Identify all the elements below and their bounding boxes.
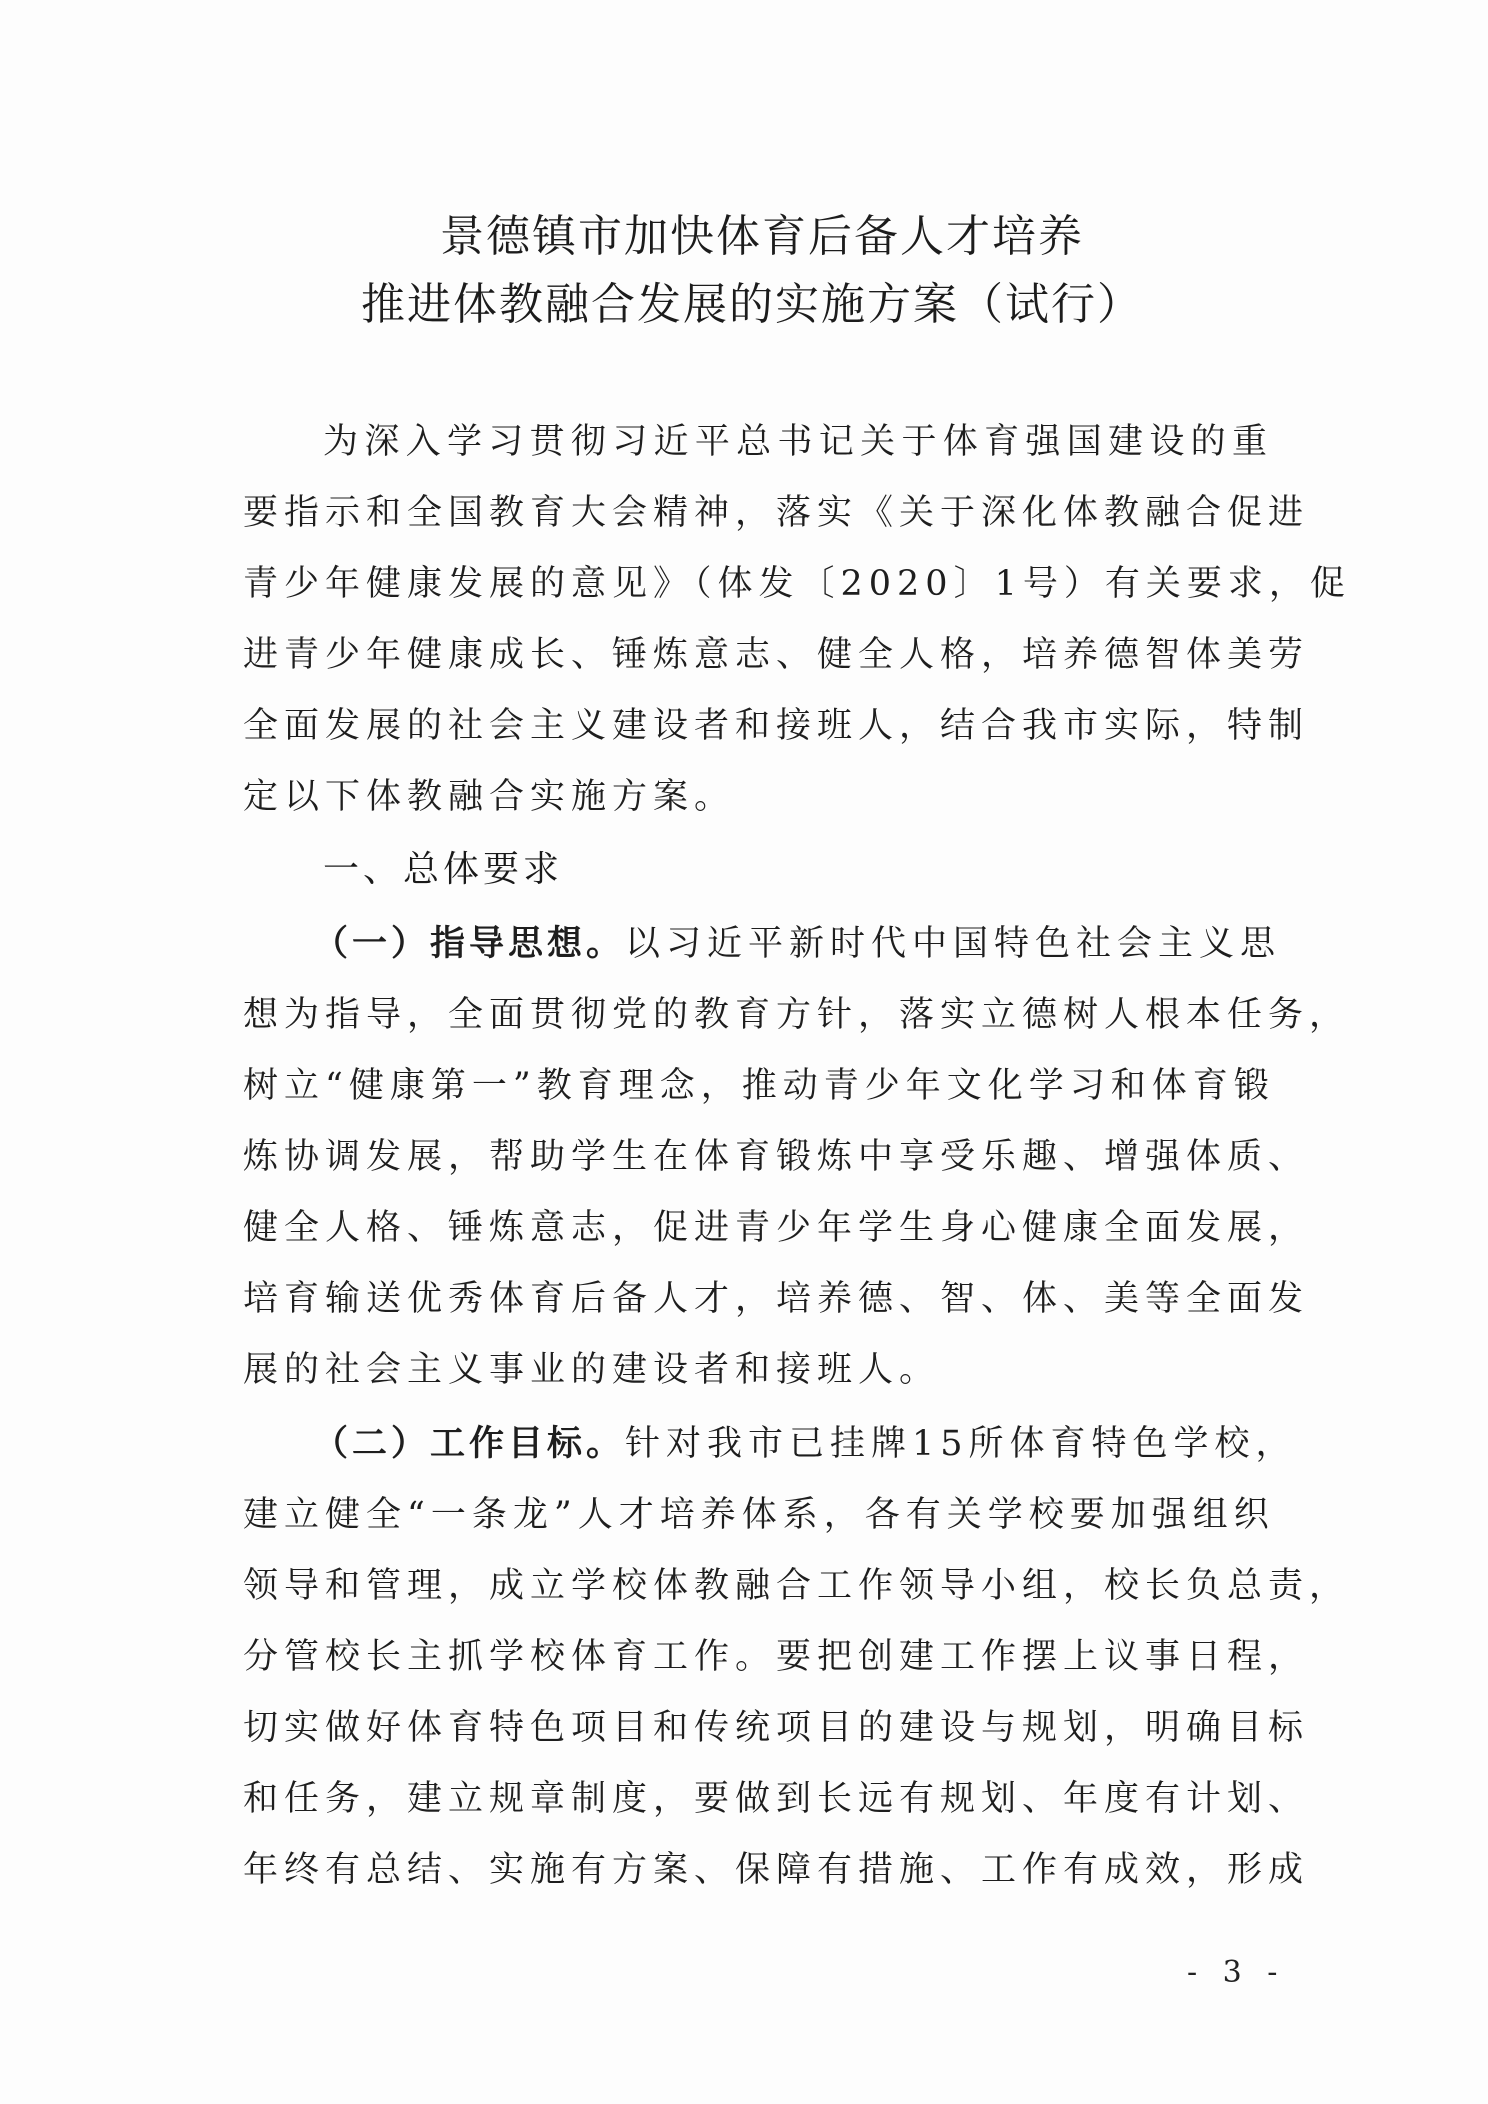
intro-line: 全面发展的社会主义建设者和接班人，结合我市实际，特制 — [243, 704, 1273, 748]
subsection-2-line: 和任务，建立规章制度，要做到长远有规划、年度有计划、 — [243, 1777, 1273, 1821]
section-heading: 一、总体要求 — [323, 848, 563, 892]
subsection-1-lead: （一）指导思想。 — [313, 923, 625, 964]
intro-line: 为深入学习贯彻习近平总书记关于体育强国建设的重 — [323, 420, 1273, 464]
document-title-line-2: 推进体教融合发展的实施方案（试行） — [8, 268, 1488, 332]
subsection-1-line: 树立“健康第一”教育理念，推动青少年文化学习和体育锻 — [243, 1064, 1273, 1108]
subsection-2-line: 切实做好体育特色项目和传统项目的建设与规划，明确目标 — [243, 1706, 1273, 1750]
subsection-2-first-line-text: 针对我市已挂牌15所体育特色学校， — [625, 1424, 1297, 1464]
subsection-1-line: 健全人格、锤炼意志，促进青少年学生身心健康全面发展， — [243, 1206, 1273, 1250]
subsection-1-line: 想为指导，全面贯彻党的教育方针，落实立德树人根本任务， — [243, 993, 1273, 1037]
subsection-1-first-line: （一）指导思想。以习近平新时代中国特色社会主义思 — [313, 922, 1273, 966]
subsection-1-line: 展的社会主义事业的建设者和接班人。 — [243, 1348, 1273, 1392]
subsection-2-line: 分管校长主抓学校体育工作。要把创建工作摆上议事日程， — [243, 1635, 1273, 1679]
intro-line: 青少年健康发展的意见》（体发〔2020〕1号）有关要求，促 — [243, 562, 1273, 606]
intro-line: 进青少年健康成长、锤炼意志、健全人格，培养德智体美劳 — [243, 633, 1273, 677]
subsection-1-line: 培育输送优秀体育后备人才，培养德、智、体、美等全面发 — [243, 1277, 1273, 1321]
document-title-line-1: 景德镇市加快体育后备人才培养 — [18, 200, 1488, 264]
document-page: 景德镇市加快体育后备人才培养 推进体教融合发展的实施方案（试行） 为深入学习贯彻… — [0, 0, 1488, 2104]
subsection-2-line: 建立健全“一条龙”人才培养体系，各有关学校要加强组织 — [243, 1493, 1273, 1537]
subsection-2-first-line: （二）工作目标。针对我市已挂牌15所体育特色学校， — [313, 1422, 1273, 1466]
subsection-1-line: 炼协调发展，帮助学生在体育锻炼中享受乐趣、增强体质、 — [243, 1135, 1273, 1179]
subsection-2-line: 领导和管理，成立学校体教融合工作领导小组，校长负总责， — [243, 1564, 1273, 1608]
page-number: - 3 - — [1187, 1955, 1285, 1990]
subsection-2-line: 年终有总结、实施有方案、保障有措施、工作有成效，形成 — [243, 1848, 1273, 1892]
intro-line: 定以下体教融合实施方案。 — [243, 775, 1273, 819]
intro-line: 要指示和全国教育大会精神，落实《关于深化体教融合促进 — [243, 491, 1273, 535]
subsection-2-lead: （二）工作目标。 — [313, 1423, 625, 1464]
subsection-1-first-line-text: 以习近平新时代中国特色社会主义思 — [625, 924, 1281, 964]
